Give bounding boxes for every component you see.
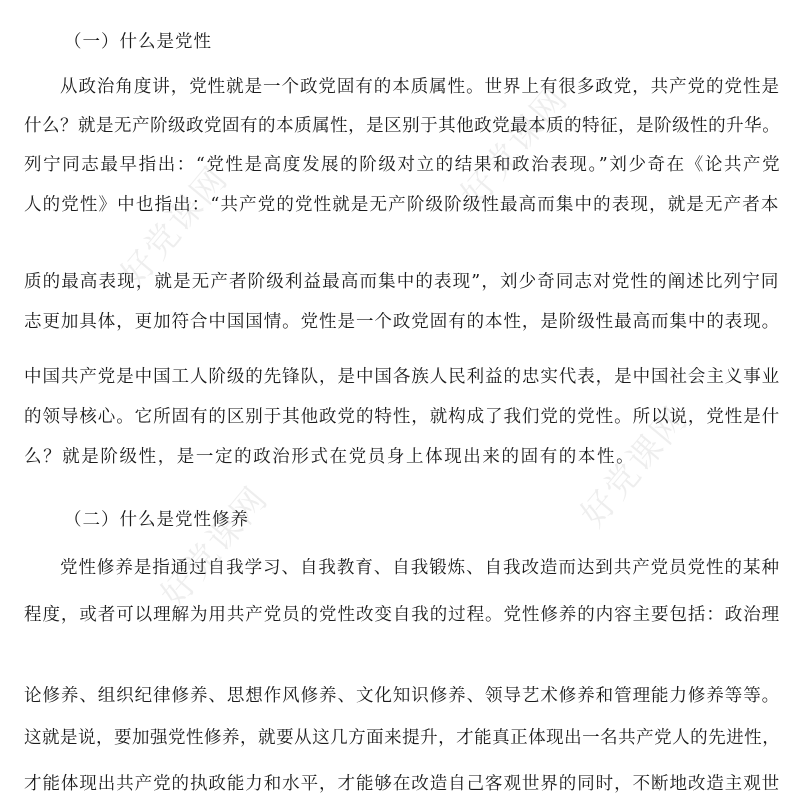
paragraph-line: 的领导核心。它所固有的区别于其他政党的特性，就构成了我们党的党性。所以说，党性是… — [24, 405, 780, 429]
watermark: 好党课网 — [147, 474, 277, 616]
paragraph-line: 质的最高表现，就是无产者阶级利益最高而集中的表现”，刘少奇同志对党性的阐述比列宁… — [24, 270, 780, 294]
paragraph-line: 什么？就是无产阶级政党固有的本质属性，是区别于其他政党最本质的特征，是阶级性的升… — [24, 114, 780, 138]
paragraph-line: 人的党性》中也指出：“共产党的党性就是无产阶级阶级性最高而集中的表现，就是无产者… — [24, 193, 780, 217]
paragraph-line: 么？就是阶级性，是一定的政治形式在党员身上体现出来的固有的本性。 — [24, 445, 780, 469]
paragraph-line: 党性修养是指通过自我学习、自我教育、自我锻炼、自我改造而达到共产党员党性的某种 — [60, 556, 780, 580]
paragraph-line: 程度，或者可以理解为用共产党员的党性改变自我的过程。党性修养的内容主要包括：政治… — [24, 603, 780, 627]
section-heading-2: （二）什么是党性修养 — [64, 508, 800, 532]
paragraph-line: 才能体现出共产党的执政能力和水平，才能够在改造自己客观世界的同时，不断地改造主观… — [24, 772, 780, 796]
paragraph-line: 从政治角度讲，党性就是一个政党固有的本质属性。世界上有很多政党，共产党的党性是 — [60, 75, 780, 99]
paragraph-line: 列宁同志最早指出：“党性是高度发展的阶级对立的结果和政治表现。”刘少奇在《论共产… — [24, 153, 780, 177]
paragraph-line: 志更加具体，更加符合中国国情。党性是一个政党固有的本性，是阶级性最高而集中的表现… — [24, 310, 780, 334]
document-page: 好党课网 好党课网 好党课网 好党课网 （一）什么是党性 从政治角度讲，党性就是… — [0, 0, 800, 800]
paragraph-line: 论修养、组织纪律修养、思想作风修养、文化知识修养、领导艺术修养和管理能力修养等等… — [24, 684, 780, 708]
section-heading-1: （一）什么是党性 — [64, 30, 800, 54]
paragraph-line: 中国共产党是中国工人阶级的先锋队，是中国各族人民利益的忠实代表，是中国社会主义事… — [24, 365, 780, 389]
paragraph-line: 这就是说，要加强党性修养，就要从这几方面来提升，才能真正体现出一名共产党人的先进… — [24, 726, 780, 750]
